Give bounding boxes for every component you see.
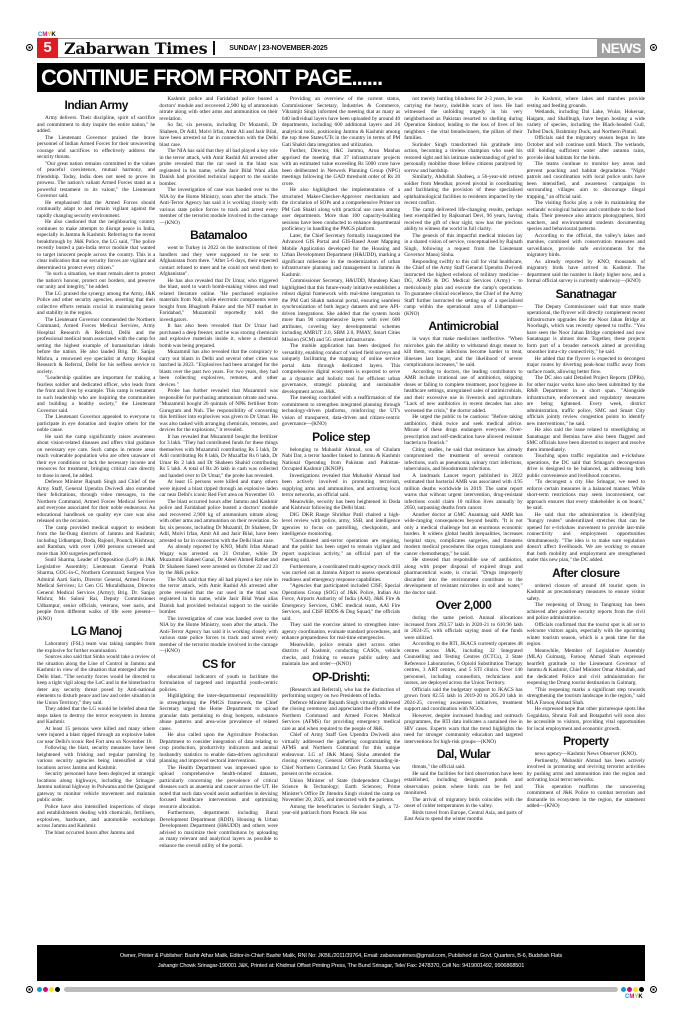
article-paragraph: Another doctor at GMC Anantnag said AMR … — [404, 512, 522, 558]
article-paragraph: Union Minister of State (Independent Cha… — [282, 778, 400, 804]
article-paragraph: "This reopening marks a significant step… — [527, 687, 645, 707]
article-headline: Property — [527, 734, 645, 748]
article-paragraph: The arrival of migratory birds coincides… — [404, 797, 522, 810]
registration-mark-icon — [650, 44, 657, 51]
article-paragraph: The Deputy Commissioner said that once m… — [527, 304, 645, 356]
yellow-swatch — [633, 987, 638, 992]
article-paragraph: He said the facilities for bird observat… — [404, 771, 522, 797]
article-paragraph: "In such a situation, we must remain ale… — [37, 271, 155, 291]
gray-bar — [64, 987, 618, 992]
article-paragraph: educational indicators of youth to facil… — [159, 674, 277, 694]
article-paragraph: news agency—Kashmir News Observer (KNO). — [527, 751, 645, 758]
article-paragraph: DIG DKR Range Shridhar Patil chaired a h… — [282, 512, 400, 538]
article-paragraph: Commissioner Secretary, H&UDD, Mandeep K… — [282, 278, 400, 343]
article-paragraph: He said that the administration is ident… — [527, 512, 645, 564]
article-paragraph: He urged the public to be cautious: "Bef… — [404, 414, 522, 447]
article-paragraph: A landmark Lancet report published in 20… — [404, 473, 522, 512]
article-paragraph: Laboratory (FSL) team was taking samples… — [37, 641, 155, 654]
article-paragraph: The camp provided medical support to res… — [37, 525, 155, 558]
registration-mark-icon — [650, 986, 657, 993]
article-paragraph: "Agencies that participated included CIS… — [282, 583, 400, 622]
article-headline: Dal, Wular — [404, 747, 522, 761]
column-4: not merely battling blindness for 2-3 ye… — [404, 96, 522, 938]
article-paragraph: Army delivers. Their discipline, spirit … — [37, 115, 155, 135]
article-paragraph: The Health Department was impressed upon… — [159, 765, 277, 811]
article-paragraph: Surinder Singh transformed his gratitude… — [404, 142, 522, 175]
article-paragraph: The Lieutenant Governor praised the brav… — [37, 135, 155, 161]
article-headline: After closure — [527, 566, 645, 580]
article-headline: Batamaloo — [159, 228, 277, 242]
article-paragraph: He added that the flyover is expected to… — [527, 356, 645, 376]
magenta-swatch — [627, 987, 632, 992]
article-paragraph: Security personnel have been deployed at… — [37, 771, 155, 804]
article-paragraph: Touching upon traffic regulation and e-r… — [527, 453, 645, 479]
article-paragraph: The LG praised the synergy among the Arm… — [37, 291, 155, 317]
article-paragraph: Birds travel from Europe, Central Asia, … — [404, 810, 522, 823]
article-paragraph: Probe has further revealed that Muzammil… — [159, 388, 277, 434]
article-paragraph: in ways that make medicines ineffective.… — [404, 336, 522, 369]
imprint-line-2: Jahangir Chowk Srinagar-190001 J&K, Prin… — [37, 961, 645, 971]
article-paragraph: The investigation of case was handed ove… — [159, 616, 277, 655]
article-paragraph: Defence Minister Rajnath Singh and Chief… — [37, 479, 155, 525]
article-paragraph: "Leadership qualities are important for … — [37, 375, 155, 414]
article-paragraph: Investigations revealed that Mubashir Ah… — [282, 473, 400, 499]
article-paragraph: However, despite increased funding and o… — [404, 713, 522, 746]
article-paragraph: in Kashmir, where lakes and marshes prov… — [527, 96, 645, 109]
column-5: in Kashmir, where lakes and marshes prov… — [527, 96, 645, 938]
article-paragraph: Sunil Sharma, Leader of Opposition (LoP)… — [37, 557, 155, 622]
article-paragraph: Similarly, Abdullah Shafeeq, a 56-year-o… — [404, 174, 522, 207]
article-paragraph: At least 15 persons were killed and many… — [37, 726, 155, 746]
article-paragraph: Meanwhile, police remain alert across ot… — [282, 642, 400, 668]
column-1: Indian ArmyArmy delivers. Their discipli… — [37, 96, 155, 938]
article-paragraph: So far, six persons, including Dr Muzami… — [159, 122, 277, 148]
article-paragraph: The teams continue to monitor key areas … — [527, 161, 645, 200]
article-paragraph: not merely battling blindness for 2-3 ye… — [404, 96, 522, 142]
article-paragraph: The NIA said that they all had played a … — [159, 577, 277, 616]
article-paragraph: went to Turkey in 2022 on the instructio… — [159, 245, 277, 278]
column-3: Providing an overview of the current sta… — [282, 96, 400, 938]
imprint-footer: Owner, Printer & Publisher: Bashir Athar… — [37, 945, 645, 981]
column-2: Kashmir police and Faridabad police bust… — [159, 96, 277, 938]
article-paragraph: "Coordinated anti-terror operations are … — [282, 538, 400, 564]
article-headline: LG Manoj — [37, 624, 155, 638]
article-paragraph: The DC also said Detailed Project Report… — [527, 375, 645, 427]
color-calibration-bar — [37, 986, 645, 992]
article-paragraph: Officials confirmed that the tourist spo… — [527, 622, 645, 648]
article-paragraph: As already reported by KNO, Mufti Irfan … — [159, 544, 277, 577]
article-paragraph: The NIA has said that they all had playe… — [159, 148, 277, 187]
article-paragraph: He emphasised that the Armed Forces shou… — [37, 200, 155, 220]
cmyk-k: K — [638, 994, 642, 1000]
page-number: 5 — [37, 38, 58, 58]
article-paragraph: He also highlighted the implementation o… — [282, 187, 400, 233]
article-headline: Over 2,000 — [404, 598, 522, 612]
article-paragraph: The camp delivered life-changing results… — [404, 207, 522, 233]
article-paragraph: during the same period. Annual allocatio… — [404, 615, 522, 641]
article-headline: OP-Drishti: — [282, 670, 400, 684]
article-paragraph: He stressed that responsible use of anti… — [404, 557, 522, 596]
article-paragraph: Sources also said that Sinha would take … — [37, 654, 155, 706]
article-paragraph: He expressed hope that other picturesque… — [527, 706, 645, 732]
article-paragraph: Muzammil has also revealed that the cons… — [159, 349, 277, 388]
article-paragraph: Citing studies, he said that resistance … — [404, 447, 522, 473]
article-headline: Antimicrobial — [404, 319, 522, 333]
masthead: 5 Zabarwan Times SUNDAY | 23-NOVEMBER-20… — [37, 38, 645, 58]
article-paragraph: Wetlands, including Dal Lake, Wular, Hok… — [527, 109, 645, 135]
imprint-line-1: Owner, Printer & Publisher: Bashir Athar… — [37, 951, 645, 961]
article-paragraph: This operation reaffirms the unwavering … — [527, 784, 645, 810]
article-paragraph: Furthermore, a coordinated multi-agency … — [282, 564, 400, 584]
article-paragraph: The mobile application has been designed… — [282, 343, 400, 395]
article-paragraph: He also called upon the Agriculture Prod… — [159, 732, 277, 765]
section-tag: NEWS — [597, 38, 645, 58]
article-paragraph: The visiting flocks play a role in maint… — [527, 200, 645, 233]
article-paragraph: Police have also intensified inspections… — [37, 804, 155, 830]
article-headline: Sanatnagar — [527, 287, 645, 301]
article-paragraph: The genesis of this impactful medical mi… — [404, 233, 522, 259]
article-paragraph: As already reported by KNO, thousands of… — [527, 259, 645, 285]
magenta-swatch — [43, 987, 48, 992]
article-paragraph: The blast occurred hours after Jammu and… — [159, 499, 277, 545]
article-paragraph: "Our great nation remains committed to t… — [37, 161, 155, 200]
article-paragraph: Further, Director, I&C Jammu, Arun Manha… — [282, 148, 400, 187]
article-paragraph: Highlighting the inter-departmental resp… — [159, 693, 277, 732]
article-paragraph: It has also been revealed that Dr Umar h… — [159, 323, 277, 349]
article-paragraph: ordered closure of around 48 tourist spo… — [527, 583, 645, 603]
article-paragraph: Officials said the migratory season bega… — [527, 135, 645, 161]
article-paragraph: belonging to Mubashir Ahmad, son of Ghul… — [282, 447, 400, 473]
registration-mark-icon — [26, 986, 33, 993]
article-paragraph: He also cautioned that the neighbouring … — [37, 219, 155, 271]
article-paragraph: (Research and Referral), who has the dis… — [282, 687, 400, 700]
article-paragraph: The blast occurred hours after Jammu and — [37, 830, 155, 837]
page-banner: CONTINUE FROM FRONT PAGE...... — [37, 63, 645, 92]
article-paragraph: It has revealed that Muzammil bought the… — [159, 434, 277, 480]
article-paragraph: According to doctors, the leading contri… — [404, 369, 522, 415]
article-paragraph: The reopening of Drung in Tangmarg has b… — [527, 602, 645, 622]
article-paragraph: Defence Minister Rajnath Singh virtually… — [282, 700, 400, 733]
article-headline: Indian Army — [37, 98, 155, 112]
masthead-divider — [213, 41, 215, 55]
article-paragraph: He also said the issue related to street… — [527, 427, 645, 453]
article-paragraph: Among the beneficiaries is Surinder Sing… — [282, 804, 400, 817]
black-swatch — [55, 987, 60, 992]
article-paragraph: Meanwhile, security has been heightened … — [282, 499, 400, 512]
article-paragraph: The meeting concluded with a reaffirmati… — [282, 395, 400, 428]
article-paragraph: Furthermore, departments including Rural… — [159, 810, 277, 849]
article-paragraph: Meanwhile, Member of Legislative Assembl… — [527, 648, 645, 687]
yellow-swatch — [49, 987, 54, 992]
cyan-swatch — [37, 987, 42, 992]
article-paragraph: The Lieutenant Governor commended the No… — [37, 317, 155, 376]
article-paragraph: Responding swiftly to this call for vita… — [404, 259, 522, 318]
article-paragraph: Later, the Chief Secretary formally inau… — [282, 233, 400, 279]
article-paragraph: He has also revealed that Dr Umar, who t… — [159, 278, 277, 324]
cmyk-print-mark: CMYK — [625, 994, 643, 1000]
article-paragraph: Following the blast, security measures h… — [37, 745, 155, 771]
article-paragraph: They said the exercise aimed to strength… — [282, 622, 400, 642]
paper-name: Zabarwan Times — [64, 39, 207, 58]
article-paragraph: Officials said the budgetary support to … — [404, 687, 522, 713]
article-paragraph: Kashmir police and Faridabad police bust… — [159, 96, 277, 122]
article-paragraph: At least 15 persons were killed and many… — [159, 479, 277, 499]
article-columns: Indian ArmyArmy delivers. Their discipli… — [37, 96, 645, 938]
article-headline: CS for — [159, 657, 277, 671]
article-paragraph: Pertinently, Mubashir Ahmad has been act… — [527, 758, 645, 784]
article-paragraph: According to the official, the valley's … — [527, 233, 645, 259]
registration-mark-icon — [26, 44, 33, 51]
cyan-swatch — [621, 987, 626, 992]
article-paragraph: Chief of Army Staff Gen Upendra Dwivedi … — [282, 732, 400, 778]
issue-date: SUNDAY | 23-NOVEMBER-2025 — [229, 45, 327, 52]
black-swatch — [639, 987, 644, 992]
article-paragraph: He said the camp significantly raises aw… — [37, 434, 155, 480]
article-paragraph: "To decongest a city like Srinagar, we n… — [527, 479, 645, 512]
article-paragraph: They added that the LG would be briefed … — [37, 706, 155, 726]
article-paragraph: The Lieutenant Governor appealed to ever… — [37, 414, 155, 434]
article-headline: Police step — [282, 430, 400, 444]
article-paragraph: The investigation of case was handed ove… — [159, 187, 277, 226]
article-paragraph: Providing an overview of the current sta… — [282, 96, 400, 148]
article-paragraph: According to the RTI, JKACS currently op… — [404, 641, 522, 687]
